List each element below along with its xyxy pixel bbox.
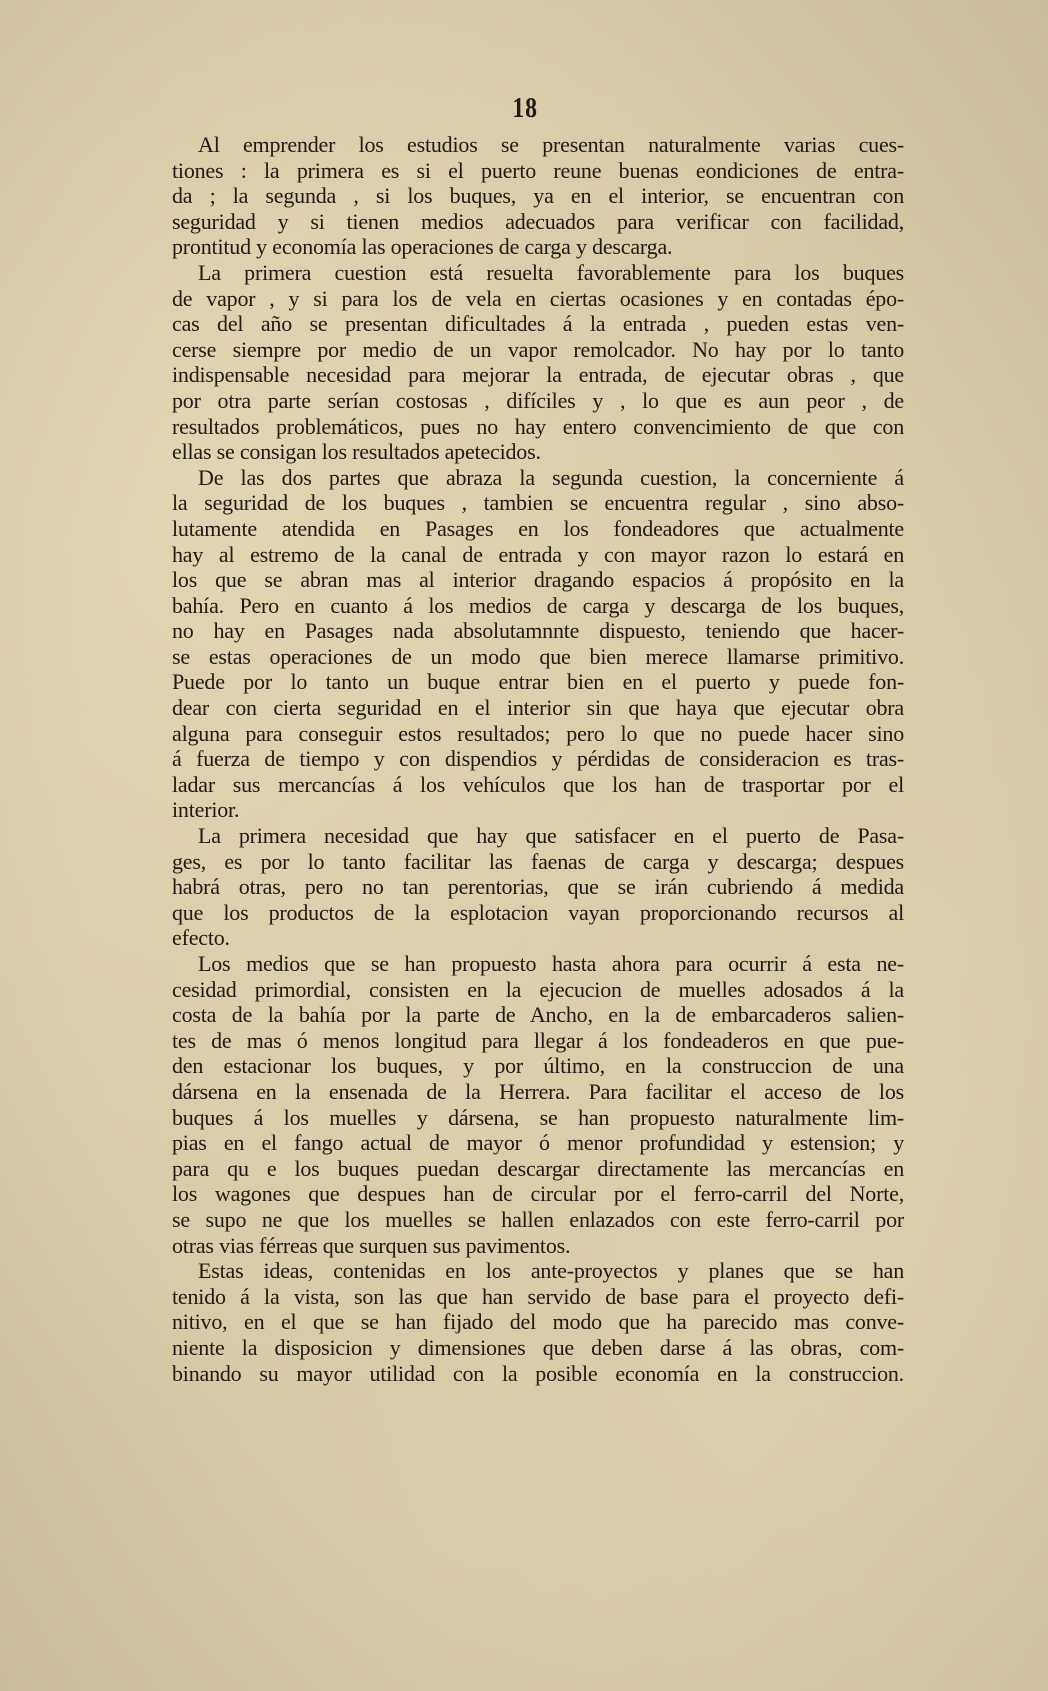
text-line: efecto. — [172, 925, 904, 951]
text-line: habrá otras, pero no tan perentorias, qu… — [172, 874, 904, 900]
text-line: otras vias férreas que surquen sus pavim… — [172, 1233, 904, 1259]
text-line: den estacionar los buques, y por último,… — [172, 1053, 904, 1079]
text-line: tes de mas ó menos longitud para llegar … — [172, 1028, 904, 1054]
text-line: alguna para conseguir estos resultados; … — [172, 721, 904, 747]
text-line: niente la disposicion y dimensiones que … — [172, 1335, 904, 1361]
paragraph-1: Al emprender los estudios se presentan n… — [172, 132, 904, 260]
text-line: no hay en Pasages nada absolutamnnte dis… — [172, 618, 904, 644]
text-line: cesidad primordial, consisten en la ejec… — [172, 977, 904, 1003]
text-line: Al emprender los estudios se presentan n… — [172, 132, 904, 158]
paragraph-5: Los medios que se han propuesto hasta ah… — [172, 951, 904, 1258]
paragraph-6: Estas ideas, contenidas en los ante-proy… — [172, 1258, 904, 1386]
text-line: ladar sus mercancías á los vehículos que… — [172, 772, 904, 798]
text-line: hay al estremo de la canal de entrada y … — [172, 542, 904, 568]
text-line: ellas se consigan los resultados apeteci… — [172, 439, 904, 465]
text-line: se estas operaciones de un modo que bien… — [172, 644, 904, 670]
text-line: da ; la segunda , si los buques, ya en e… — [172, 183, 904, 209]
text-line: Los medios que se han propuesto hasta ah… — [172, 951, 904, 977]
text-line: seguridad y si tienen medios adecuados p… — [172, 209, 904, 235]
text-line: que los productos de la esplotacion vaya… — [172, 900, 904, 926]
text-line: á fuerza de tiempo y con dispendios y pé… — [172, 746, 904, 772]
text-line: cerse siempre por medio de un vapor remo… — [172, 337, 904, 363]
text-line: tenido á la vista, son las que han servi… — [172, 1284, 904, 1310]
text-line: Puede por lo tanto un buque entrar bien … — [172, 669, 904, 695]
document-page: 18 Al emprender los estudios se presenta… — [0, 0, 1048, 1691]
text-line: bahía. Pero en cuanto á los medios de ca… — [172, 593, 904, 619]
text-line: lutamente atendida en Pasages en los fon… — [172, 516, 904, 542]
text-line: resultados problemáticos, pues no hay en… — [172, 414, 904, 440]
text-line: costa de la bahía por la parte de Ancho,… — [172, 1002, 904, 1028]
text-line: prontitud y economía las operaciones de … — [172, 234, 904, 260]
text-line: pias en el fango actual de mayor ó menor… — [172, 1130, 904, 1156]
text-line: Estas ideas, contenidas en los ante-proy… — [172, 1258, 904, 1284]
text-line: dársena en la ensenada de la Herrera. Pa… — [172, 1079, 904, 1105]
page-number: 18 — [95, 92, 954, 125]
text-line: cas del año se presentan dificultades á … — [172, 311, 904, 337]
text-line: binando su mayor utilidad con la posible… — [172, 1361, 904, 1387]
text-line: para qu e los buques puedan descargar di… — [172, 1156, 904, 1182]
text-line: indispensable necesidad para mejorar la … — [172, 362, 904, 388]
text-line: por otra parte serían costosas , difícil… — [172, 388, 904, 414]
text-line: La primera cuestion está resuelta favora… — [172, 260, 904, 286]
paragraph-2: La primera cuestion está resuelta favora… — [172, 260, 904, 465]
text-line: La primera necesidad que hay que satisfa… — [172, 823, 904, 849]
text-line: buques á los muelles y dársena, se han p… — [172, 1105, 904, 1131]
text-line: la seguridad de los buques , tambien se … — [172, 490, 904, 516]
paragraph-3: De las dos partes que abraza la segunda … — [172, 465, 904, 823]
text-line: dear con cierta seguridad en el interior… — [172, 695, 904, 721]
text-line: interior. — [172, 797, 904, 823]
text-line: De las dos partes que abraza la segunda … — [172, 465, 904, 491]
text-line: tiones : la primera es si el puerto reun… — [172, 158, 904, 184]
text-line: de vapor , y si para los de vela en cier… — [172, 286, 904, 312]
paragraph-4: La primera necesidad que hay que satisfa… — [172, 823, 904, 951]
text-line: los que se abran mas al interior dragand… — [172, 567, 904, 593]
text-line: nitivo, en el que se han fijado del modo… — [172, 1309, 904, 1335]
text-line: ges, es por lo tanto facilitar las faena… — [172, 849, 904, 875]
body-text: Al emprender los estudios se presentan n… — [172, 132, 904, 1386]
text-line: los wagones que despues han de circular … — [172, 1181, 904, 1207]
text-line: se supo ne que los muelles se hallen enl… — [172, 1207, 904, 1233]
